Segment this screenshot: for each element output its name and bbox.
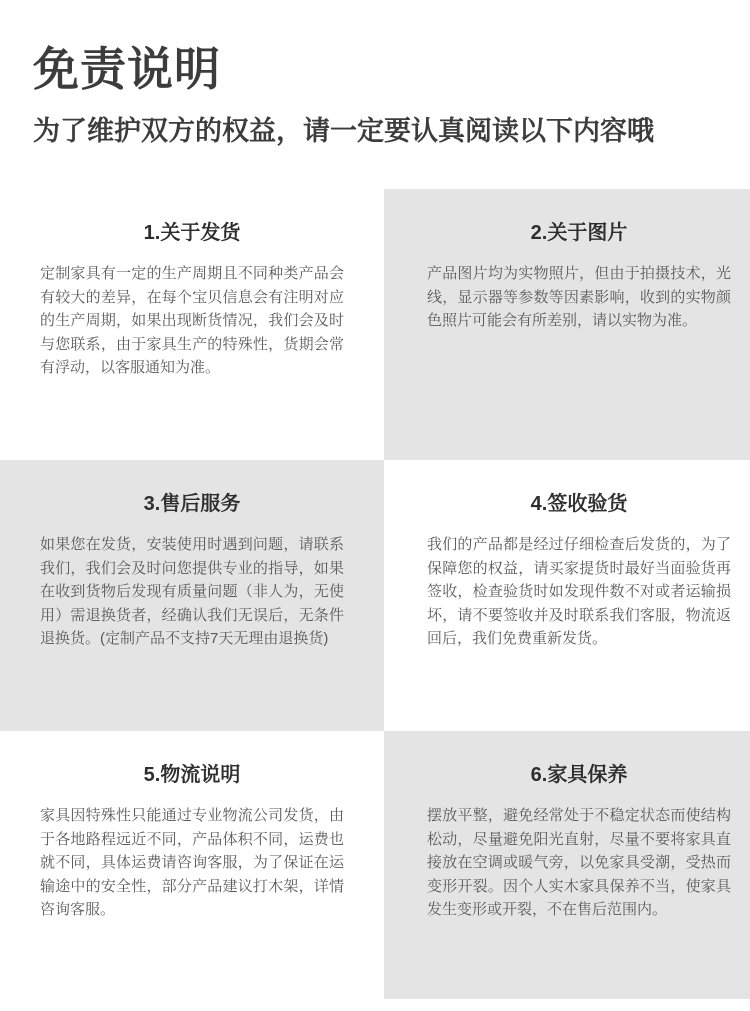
disclaimer-page: 免责说明 为了维护双方的权益，请一定要认真阅读以下内容哦 1.关于发货 定制家具… <box>0 0 750 1011</box>
section-card-maintenance: 6.家具保养 摆放平整，避免经常处于不稳定状态而使结构松动，尽量避免阳光直射，尽… <box>384 731 750 999</box>
section-body-aftersales: 如果您在发货，安装使用时遇到问题，请联系我们，我们会及时问您提供专业的指导，如果… <box>40 533 344 651</box>
section-heading-maintenance: 6.家具保养 <box>427 761 731 789</box>
section-body-inspection: 我们的产品都是经过仔细检查后发货的，为了保障您的权益，请买家提货时最好当面验货再… <box>427 533 731 651</box>
page-title: 免责说明 <box>33 44 720 96</box>
section-card-images: 2.关于图片 产品图片均为实物照片，但由于拍摄技术，光线，显示器等参数等因素影响… <box>384 189 750 460</box>
section-heading-images: 2.关于图片 <box>427 219 731 247</box>
section-card-aftersales: 3.售后服务 如果您在发货，安装使用时遇到问题，请联系我们，我们会及时问您提供专… <box>0 460 384 731</box>
section-card-shipping: 1.关于发货 定制家具有一定的生产周期且不同种类产品会有较大的差异，在每个宝贝信… <box>0 189 384 460</box>
section-heading-aftersales: 3.售后服务 <box>40 490 344 518</box>
section-heading-logistics: 5.物流说明 <box>40 761 344 789</box>
section-heading-inspection: 4.签收验货 <box>427 490 731 518</box>
section-body-images: 产品图片均为实物照片，但由于拍摄技术，光线，显示器等参数等因素影响，收到的实物颜… <box>427 262 731 333</box>
section-card-inspection: 4.签收验货 我们的产品都是经过仔细检查后发货的，为了保障您的权益，请买家提货时… <box>384 460 750 731</box>
section-body-shipping: 定制家具有一定的生产周期且不同种类产品会有较大的差异，在每个宝贝信息会有注明对应… <box>40 262 344 380</box>
disclaimer-grid: 1.关于发货 定制家具有一定的生产周期且不同种类产品会有较大的差异，在每个宝贝信… <box>0 189 750 999</box>
section-heading-shipping: 1.关于发货 <box>40 219 344 247</box>
page-header: 免责说明 为了维护双方的权益，请一定要认真阅读以下内容哦 <box>0 0 750 189</box>
section-body-maintenance: 摆放平整，避免经常处于不稳定状态而使结构松动，尽量避免阳光直射，尽量不要将家具直… <box>427 804 731 922</box>
page-subtitle: 为了维护双方的权益，请一定要认真阅读以下内容哦 <box>33 115 720 149</box>
bottom-spacer <box>0 999 750 1011</box>
section-card-logistics: 5.物流说明 家具因特殊性只能通过专业物流公司发货，由于各地路程远近不同，产品体… <box>0 731 384 999</box>
section-body-logistics: 家具因特殊性只能通过专业物流公司发货，由于各地路程远近不同，产品体积不同，运费也… <box>40 804 344 922</box>
